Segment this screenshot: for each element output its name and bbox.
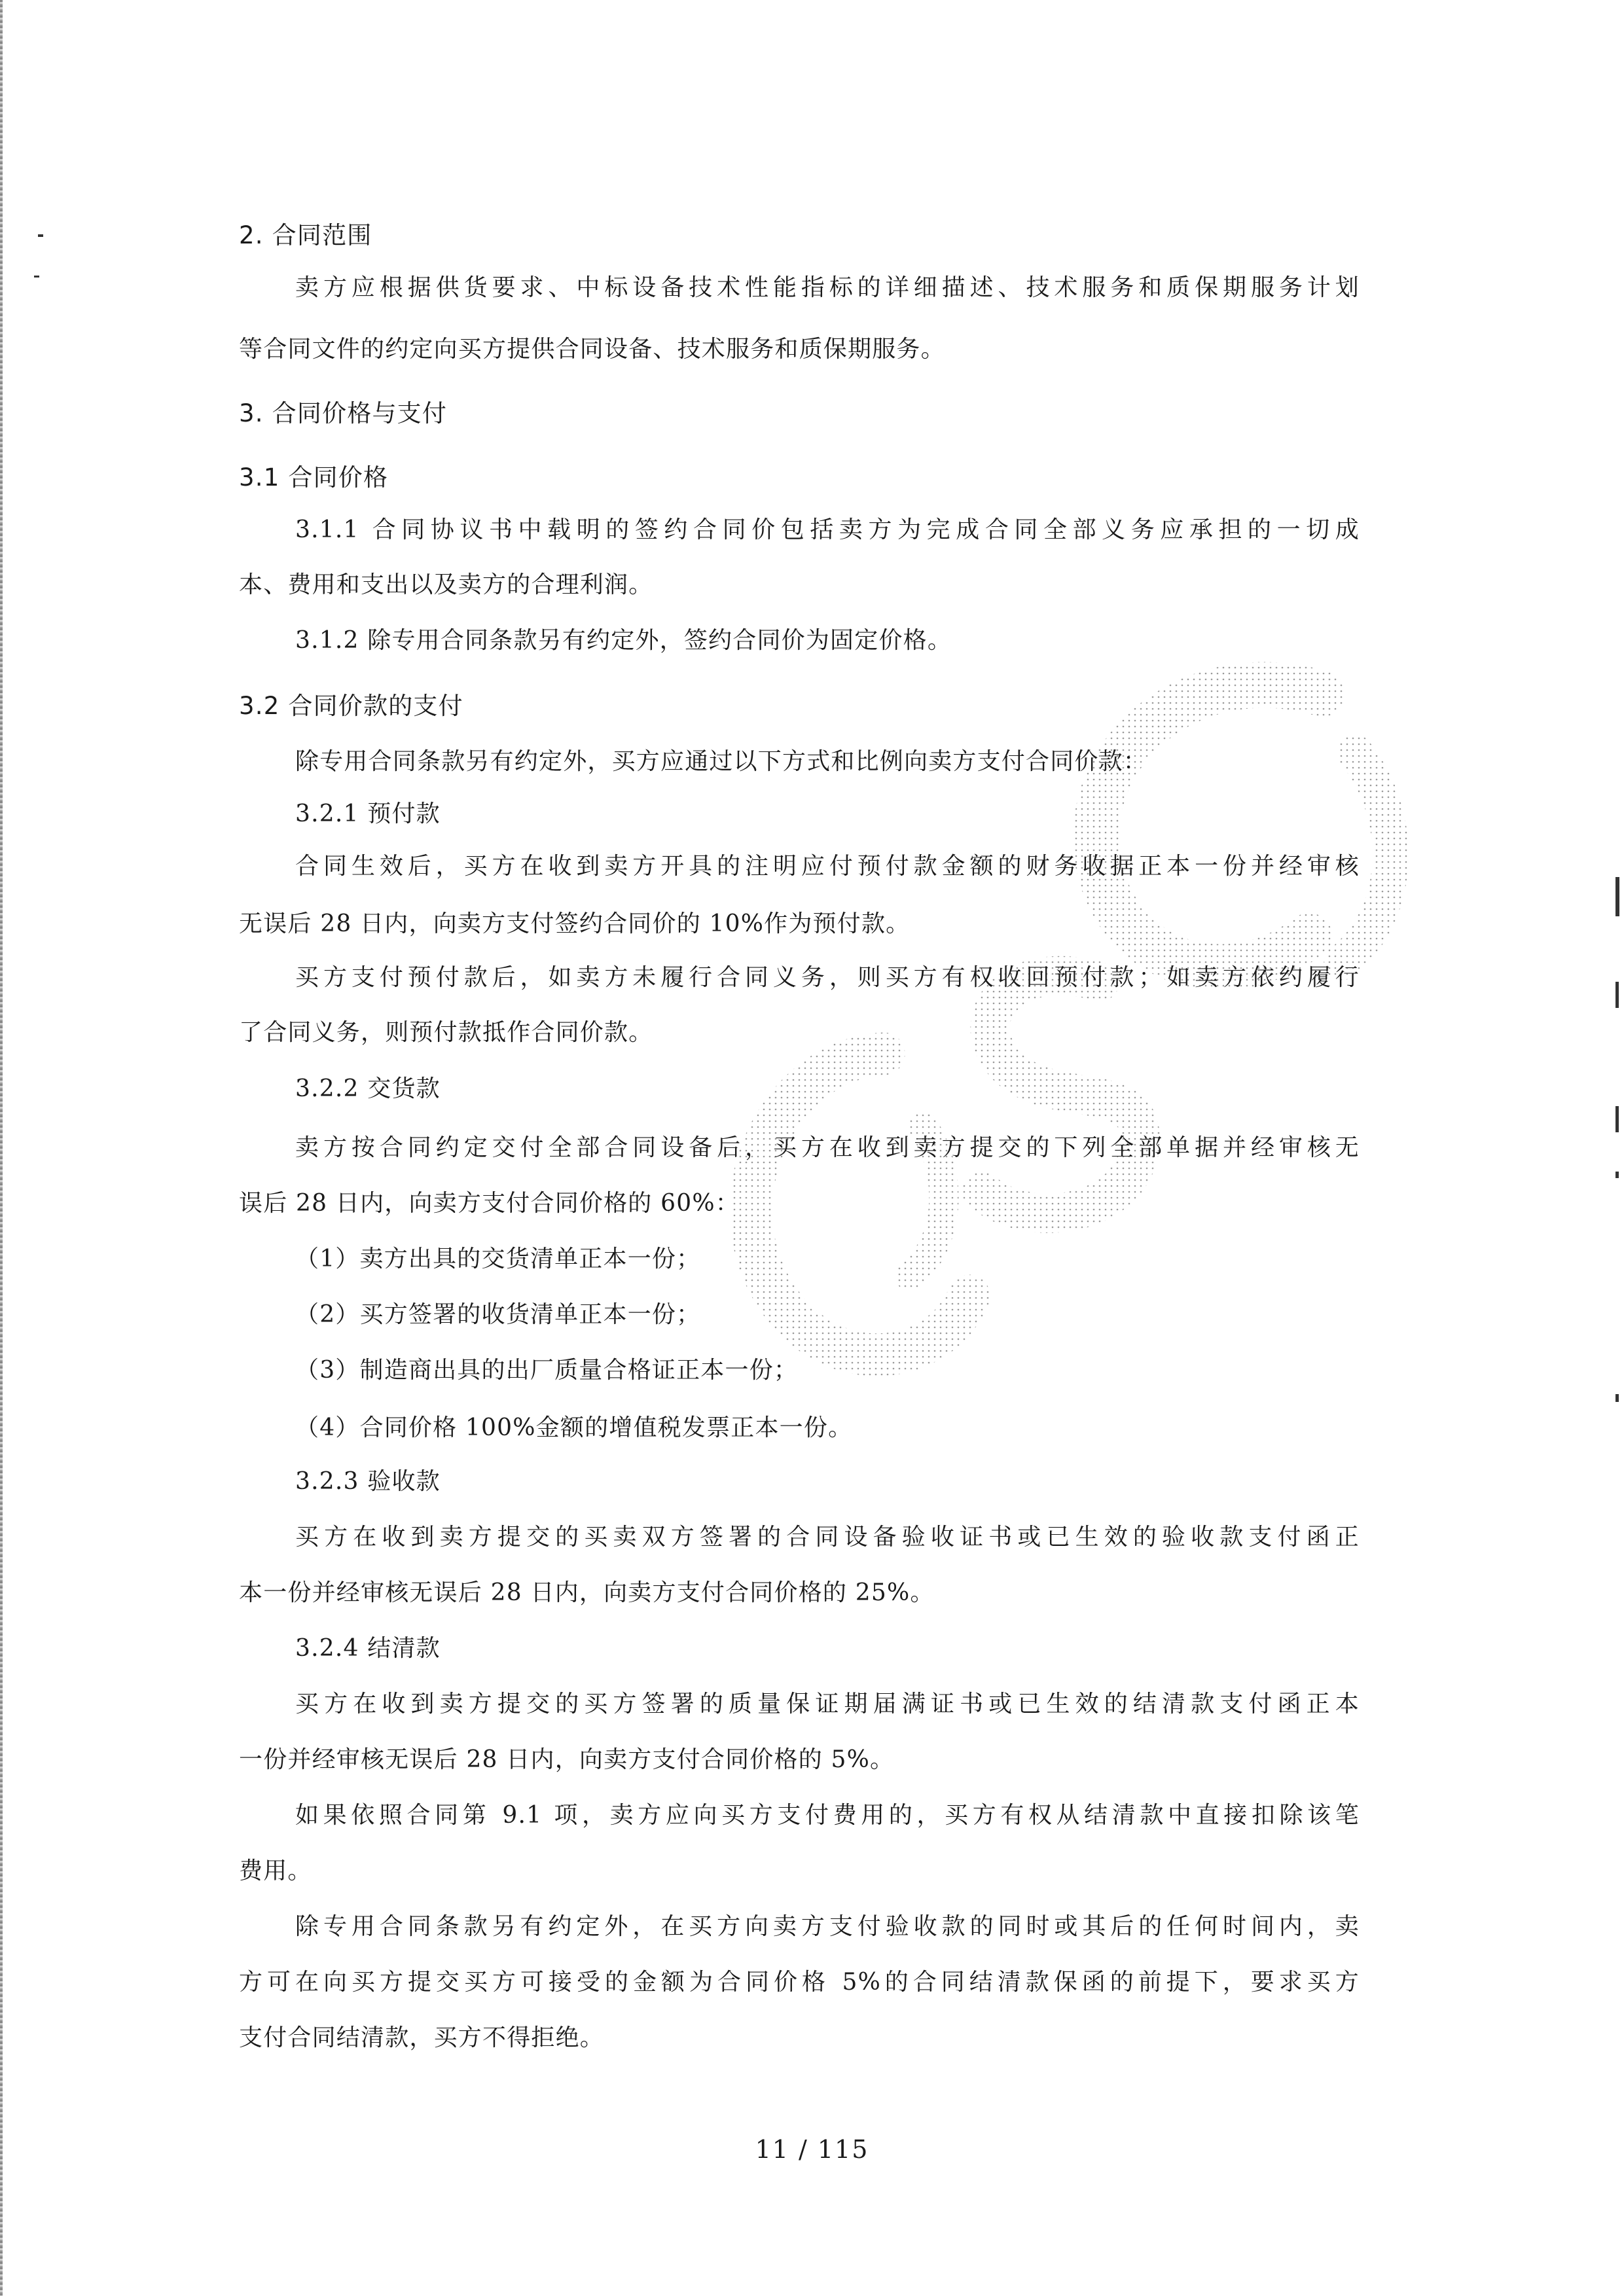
- paragraph-line: 一份并经审核无误后 28 日内，向卖方支付合同价格的 5%。: [239, 1744, 894, 1776]
- list-item: （3）制造商出具的出厂质量合格证正本一份；: [295, 1355, 798, 1386]
- paragraph-line: 本一份并经审核无误后 28 日内，向卖方支付合同价格的 25%。: [239, 1577, 935, 1609]
- paragraph-line: 卖方按合同约定交付全部合同设备后，买方在收到卖方提交的下列全部单据并经审核无: [295, 1132, 1360, 1164]
- scan-edge-artifact: [0, 0, 3, 2296]
- section-heading: 2. 合同范围: [239, 220, 372, 251]
- scan-speck: [34, 276, 39, 278]
- paragraph-line: 买方在收到卖方提交的买卖双方签署的合同设备验收证书或已生效的验收款支付函正: [295, 1522, 1360, 1553]
- list-item: （2）买方签署的收货清单正本一份；: [295, 1299, 700, 1331]
- scan-speck: [1615, 1106, 1619, 1132]
- paragraph-line: 买方在收到卖方提交的买方签署的质量保证期届满证书或已生效的结清款支付函正本: [295, 1689, 1360, 1720]
- paragraph-line: 合同生效后，买方在收到卖方开具的注明应付预付款金额的财务收据正本一份并经审核: [295, 851, 1360, 882]
- page-number: 11 / 115: [0, 2135, 1624, 2164]
- clause-heading: 3.2.4 结清款: [295, 1633, 441, 1664]
- scan-speck: [1615, 1394, 1619, 1402]
- paragraph-line: 如果依照合同第 9.1 项，卖方应向买方支付费用的，买方有权从结清款中直接扣除该…: [295, 1800, 1360, 1831]
- subsection-heading: 3.1 合同价格: [239, 462, 388, 493]
- paragraph-line: 误后 28 日内，向卖方支付合同价格的 60%：: [239, 1188, 740, 1219]
- list-item: （1）卖方出具的交货清单正本一份；: [295, 1244, 700, 1275]
- paragraph-line: 3.1.1 合同协议书中载明的签约合同价包括卖方为完成合同全部义务应承担的一切成: [295, 514, 1360, 546]
- paragraph-line: 本、费用和支出以及卖方的合理利润。: [239, 569, 653, 601]
- clause-heading: 3.2.1 预付款: [295, 798, 441, 830]
- section-heading: 3. 合同价格与支付: [239, 398, 447, 429]
- scan-speck: [1615, 1172, 1619, 1178]
- paragraph-line: 等合同文件的约定向买方提供合同设备、技术服务和质保期服务。: [239, 334, 945, 365]
- scan-speck: [1615, 982, 1619, 1008]
- list-item: （4）合同价格 100%金额的增值税发票正本一份。: [295, 1412, 852, 1444]
- paragraph-line: 除专用合同条款另有约定外，在买方向卖方支付验收款的同时或其后的任何时间内，卖: [295, 1911, 1360, 1943]
- paragraph-line: 费用。: [239, 1856, 312, 1887]
- paragraph-line: 买方支付预付款后，如卖方未履行合同义务，则买方有权收回预付款；如卖方依约履行: [295, 962, 1360, 994]
- paragraph-line: 除专用合同条款另有约定外，买方应通过以下方式和比例向卖方支付合同价款：: [295, 746, 1147, 778]
- scan-speck: [38, 234, 43, 237]
- clause-heading: 3.2.3 验收款: [295, 1466, 441, 1498]
- paragraph-line: 了合同义务，则预付款抵作合同价款。: [239, 1017, 653, 1049]
- scan-speck: [1615, 877, 1619, 916]
- paragraph-line: 无误后 28 日内，向卖方支付签约合同价的 10%作为预付款。: [239, 908, 910, 940]
- paragraph-line: 方可在向买方提交买方可接受的金额为合同价格 5%的合同结清款保函的前提下，要求买…: [239, 1967, 1360, 1998]
- paragraph-line: 卖方应根据供货要求、中标设备技术性能指标的详细描述、技术服务和质保期服务计划: [295, 272, 1360, 304]
- paragraph-line: 3.1.2 除专用合同条款另有约定外，签约合同价为固定价格。: [295, 625, 952, 656]
- subsection-heading: 3.2 合同价款的支付: [239, 691, 463, 722]
- clause-heading: 3.2.2 交货款: [295, 1073, 441, 1105]
- csg-watermark: [733, 655, 1453, 1505]
- paragraph-line: 支付合同结清款，买方不得拒绝。: [239, 2022, 604, 2054]
